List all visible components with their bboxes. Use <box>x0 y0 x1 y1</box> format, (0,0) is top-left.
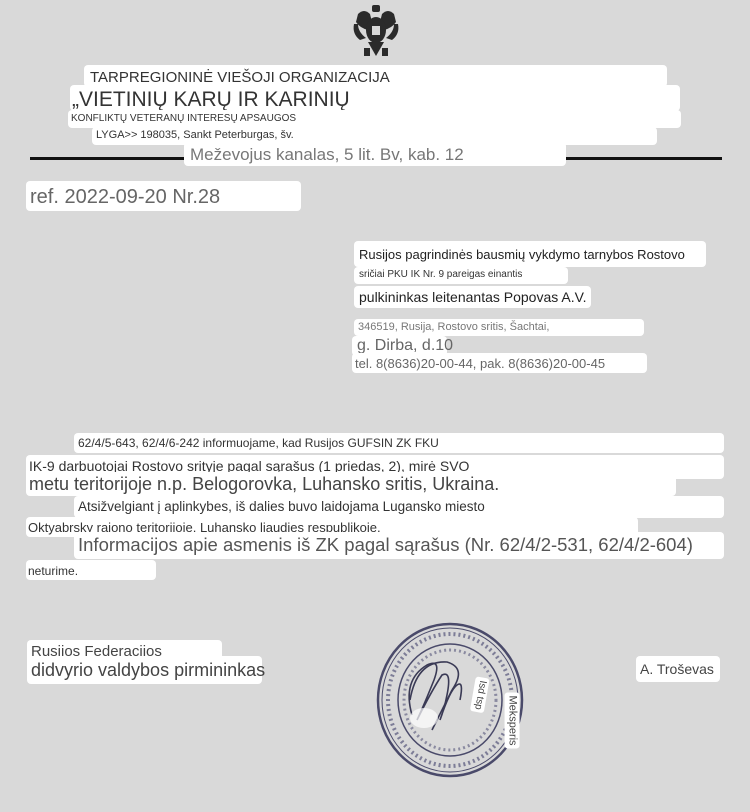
body-line-4-text: Atsižvelgiant į aplinkybes, iš dalies bu… <box>78 500 485 514</box>
body-line-4: Atsižvelgiant į aplinkybes, iš dalies bu… <box>74 496 724 518</box>
recipient-phone-text: tel. 8(8636)20-00-44, pak. 8(8636)20-00-… <box>355 357 605 370</box>
recipient-line-1-text: Rusijos pagrindinės bausmių vykdymo tarn… <box>359 248 685 261</box>
signatory-name-text: A. Troševas <box>640 662 714 676</box>
org-name-line-1: TARPREGIONINĖ VIEŠOJI ORGANIZACIJA <box>84 65 667 87</box>
recipient-line-1: Rusijos pagrindinės bausmių vykdymo tarn… <box>354 241 706 267</box>
signatory-title-line-2: didvyrio valdybos pirmininkas <box>27 656 262 684</box>
signatory-name: A. Troševas <box>636 656 720 682</box>
body-line-3: metu teritorijoje n.p. Belogorovka, Luha… <box>26 472 676 496</box>
coat-of-arms-icon <box>350 4 402 60</box>
recipient-line-2: sričiai PKU IK Nr. 9 pareigas einantis <box>354 267 568 284</box>
body-line-6: Informacijos apie asmenis iš ZK pagal są… <box>74 532 724 559</box>
body-line-7: neturime. <box>26 560 156 580</box>
org-name-line-2-text: „VIETINIŲ KARŲ IR KARINIŲ <box>72 89 350 110</box>
recipient-phone: tel. 8(8636)20-00-44, pak. 8(8636)20-00-… <box>352 353 647 373</box>
reference-number: ref. 2022-09-20 Nr.28 <box>26 181 301 211</box>
body-line-2-text: IK-9 darbuotojai Rostovo srityje pagal s… <box>29 459 469 473</box>
recipient-address-line-1: 346519, Rusija, Rostovo sritis, Šachtai, <box>354 319 644 336</box>
org-address-line-2-text: Meževojus kanalas, 5 lit. Bv, kab. 12 <box>190 146 464 163</box>
recipient-line-3: pulkininkas leitenantas Popovas A.V. <box>354 286 591 308</box>
org-name-line-2: „VIETINIŲ KARŲ IR KARINIŲ <box>70 85 680 111</box>
org-address-line-2: Meževojus kanalas, 5 lit. Bv, kab. 12 <box>184 142 566 166</box>
recipient-address-line-2-text: g. Dirba, d.10 <box>357 338 453 354</box>
recipient-line-2-text: sričiai PKU IK Nr. 9 pareigas einantis <box>359 270 522 280</box>
org-name-line-1-text: TARPREGIONINĖ VIEŠOJI ORGANIZACIJA <box>90 70 390 85</box>
body-line-1-text: 62/4/5-643, 62/4/6-242 informuojame, kad… <box>78 437 439 449</box>
recipient-line-3-text: pulkininkas leitenantas Popovas A.V. <box>359 290 587 304</box>
reference-number-text: ref. 2022-09-20 Nr.28 <box>30 187 220 207</box>
org-name-line-3-text: KONFLIKTŲ VETERANŲ INTERESŲ APSAUGOS <box>71 114 296 124</box>
org-address-line-1-text: LYGA>> 198035, Sankt Peterburgas, šv. <box>96 130 294 141</box>
signatory-title-line-2-text: didvyrio valdybos pirmininkas <box>31 661 265 679</box>
stamp-label-meksperis: Meksperis <box>505 692 520 748</box>
body-line-6-text: Informacijos apie asmenis iš ZK pagal są… <box>78 536 693 555</box>
body-line-3-text: metu teritorijoje n.p. Belogorovka, Luha… <box>29 475 499 493</box>
body-line-7-text: neturime. <box>28 565 78 577</box>
body-line-1: 62/4/5-643, 62/4/6-242 informuojame, kad… <box>74 433 724 453</box>
recipient-address-line-1-text: 346519, Rusija, Rostovo sritis, Šachtai, <box>358 322 549 333</box>
org-name-line-3: KONFLIKTŲ VETERANŲ INTERESŲ APSAUGOS <box>68 110 681 128</box>
